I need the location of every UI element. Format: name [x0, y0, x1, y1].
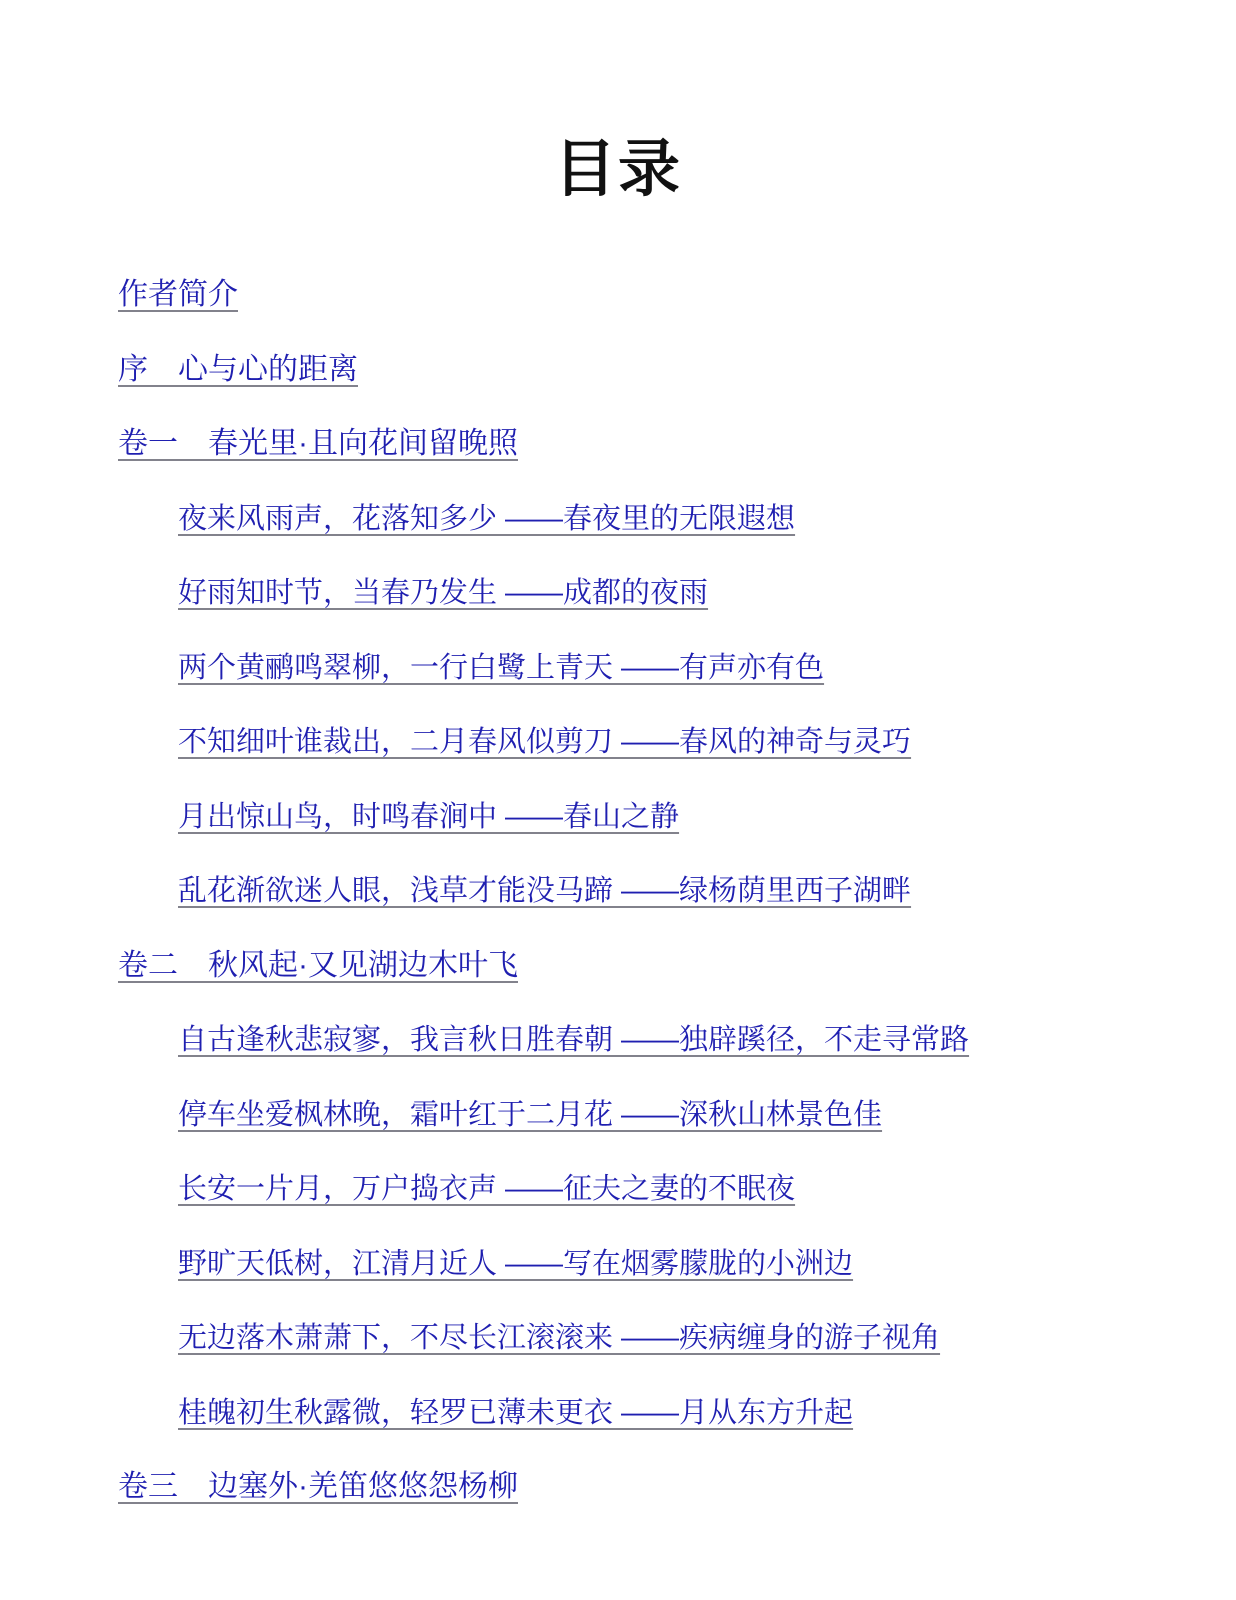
toc-entry: 野旷天低树，江清月近人 ——写在烟雾朦胧的小洲边: [0, 1227, 1236, 1302]
toc-link-author-intro[interactable]: 作者简介: [118, 278, 238, 311]
toc-entry: 乱花渐欲迷人眼，浅草才能没马蹄 ——绿杨荫里西子湖畔: [0, 854, 1236, 929]
toc-entry: 不知细叶谁裁出，二月春风似剪刀 ——春风的神奇与灵巧: [0, 705, 1236, 780]
toc-link-chapter[interactable]: 月出惊山鸟，时鸣春涧中 ——春山之静: [178, 801, 679, 833]
toc-entry: 自古逢秋悲寂寥，我言秋日胜春朝 ——独辟蹊径，不走寻常路: [0, 1003, 1236, 1078]
toc-entry: 停车坐爱枫林晚，霜叶红于二月花 ——深秋山林景色佳: [0, 1078, 1236, 1153]
toc-link-chapter[interactable]: 不知细叶谁裁出，二月春风似剪刀 ——春风的神奇与灵巧: [178, 726, 911, 758]
toc-page: 目录 作者简介 序 心与心的距离 卷一 春光里·且向花间留晚照 夜来风雨声，花落…: [0, 0, 1236, 1600]
toc-link-chapter[interactable]: 停车坐爱枫林晚，霜叶红于二月花 ——深秋山林景色佳: [178, 1099, 882, 1131]
toc-entry: 长安一片月，万户捣衣声 ——征夫之妻的不眠夜: [0, 1152, 1236, 1227]
toc-entry: 好雨知时节，当春乃发生 ——成都的夜雨: [0, 556, 1236, 631]
toc-entry: 序 心与心的距离: [0, 333, 1236, 408]
toc-link-chapter[interactable]: 自古逢秋悲寂寥，我言秋日胜春朝 ——独辟蹊径，不走寻常路: [178, 1024, 969, 1056]
toc-link-chapter[interactable]: 两个黄鹂鸣翠柳，一行白鹭上青天 ——有声亦有色: [178, 652, 824, 684]
toc-link-chapter[interactable]: 夜来风雨声，花落知多少 ——春夜里的无限遐想: [178, 503, 795, 535]
toc-link-volume-1[interactable]: 卷一 春光里·且向花间留晚照: [118, 427, 518, 460]
toc-link-volume-2[interactable]: 卷二 秋风起·又见湖边木叶飞: [118, 949, 518, 982]
toc-link-preface[interactable]: 序 心与心的距离: [118, 353, 358, 386]
toc-link-chapter[interactable]: 桂魄初生秋露微，轻罗已薄未更衣 ——月从东方升起: [178, 1397, 853, 1429]
toc-link-chapter[interactable]: 乱花渐欲迷人眼，浅草才能没马蹄 ——绿杨荫里西子湖畔: [178, 875, 911, 907]
toc-link-chapter[interactable]: 无边落木萧萧下，不尽长江滚滚来 ——疾病缠身的游子视角: [178, 1322, 940, 1354]
toc-entry: 卷二 秋风起·又见湖边木叶飞: [0, 929, 1236, 1004]
toc-entry: 两个黄鹂鸣翠柳，一行白鹭上青天 ——有声亦有色: [0, 631, 1236, 706]
toc-entry: 卷三 边塞外·羌笛悠悠怨杨柳: [0, 1450, 1236, 1525]
table-of-contents: 作者简介 序 心与心的距离 卷一 春光里·且向花间留晚照 夜来风雨声，花落知多少…: [0, 258, 1236, 1525]
toc-entry: 夜来风雨声，花落知多少 ——春夜里的无限遐想: [0, 482, 1236, 557]
toc-entry: 无边落木萧萧下，不尽长江滚滚来 ——疾病缠身的游子视角: [0, 1301, 1236, 1376]
toc-link-chapter[interactable]: 野旷天低树，江清月近人 ——写在烟雾朦胧的小洲边: [178, 1248, 853, 1280]
toc-link-chapter[interactable]: 长安一片月，万户捣衣声 ——征夫之妻的不眠夜: [178, 1173, 795, 1205]
toc-entry: 月出惊山鸟，时鸣春涧中 ——春山之静: [0, 780, 1236, 855]
toc-entry: 卷一 春光里·且向花间留晚照: [0, 407, 1236, 482]
toc-link-volume-3[interactable]: 卷三 边塞外·羌笛悠悠怨杨柳: [118, 1470, 518, 1503]
toc-link-chapter[interactable]: 好雨知时节，当春乃发生 ——成都的夜雨: [178, 577, 708, 609]
toc-entry: 桂魄初生秋露微，轻罗已薄未更衣 ——月从东方升起: [0, 1376, 1236, 1451]
page-title: 目录: [0, 133, 1236, 207]
toc-entry: 作者简介: [0, 258, 1236, 333]
